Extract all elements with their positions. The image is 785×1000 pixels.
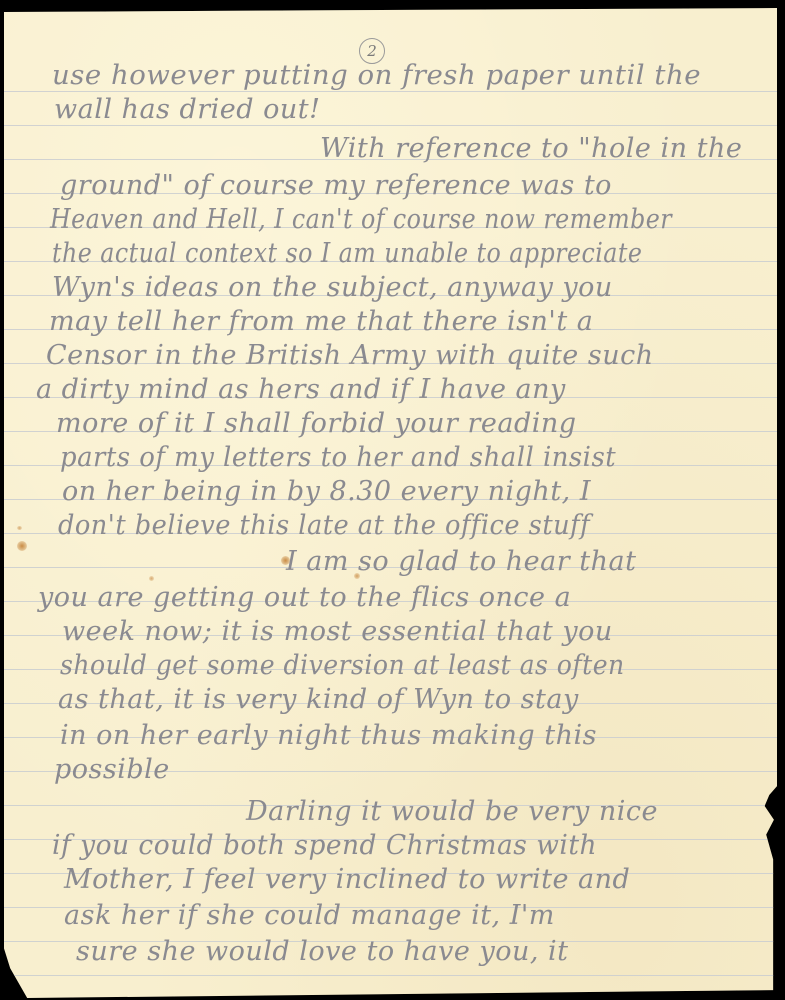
ruled-line xyxy=(4,125,777,126)
letter-line: wall has dried out! xyxy=(54,94,321,125)
foxing-stain xyxy=(17,541,27,551)
ruled-line xyxy=(4,91,777,92)
letter-line: week now; it is most essential that you xyxy=(62,616,613,647)
letter-line: if you could both spend Christmas with xyxy=(52,830,597,861)
letter-line: use however putting on fresh paper until… xyxy=(52,60,701,91)
letter-line: With reference to "hole in the xyxy=(320,133,742,164)
letter-line: possible xyxy=(54,754,170,785)
letter-line: Darling it would be very nice xyxy=(246,796,658,827)
letter-line: ask her if she could manage it, I'm xyxy=(64,900,555,931)
letter-line: don't believe this late at the office st… xyxy=(58,510,590,541)
letter-line: on her being in by 8.30 every night, I xyxy=(62,476,591,507)
letter-line: parts of my letters to her and shall ins… xyxy=(60,442,616,473)
letter-line: as that, it is very kind of Wyn to stay xyxy=(58,684,579,715)
letter-line: Mother, I feel very inclined to write an… xyxy=(64,864,630,895)
letter-line: Censor in the British Army with quite su… xyxy=(46,340,654,371)
foxing-stain xyxy=(17,526,22,530)
letter-line: should get some diversion at least as of… xyxy=(60,650,625,681)
foxing-stain xyxy=(149,576,154,581)
letter-line: a dirty mind as hers and if I have any xyxy=(36,374,566,405)
letter-line: sure she would love to have you, it xyxy=(76,936,569,967)
letter-line: the actual context so I am unable to app… xyxy=(52,238,642,269)
letter-line: you are getting out to the flics once a xyxy=(38,582,571,613)
letter-line: I am so glad to hear that xyxy=(286,546,636,577)
letter-line: Heaven and Hell, I can't of course now r… xyxy=(50,204,672,235)
ruled-line xyxy=(4,975,777,976)
letter-line: in on her early night thus making this xyxy=(60,720,597,751)
letter-line: ground" of course my reference was to xyxy=(60,170,612,201)
letter-page: 2 use however putting on fresh paper unt… xyxy=(4,8,777,998)
letter-line: more of it I shall forbid your reading xyxy=(56,408,577,439)
letter-line: may tell her from me that there isn't a xyxy=(49,306,593,337)
letter-line: Wyn's ideas on the subject, anyway you xyxy=(52,272,613,303)
